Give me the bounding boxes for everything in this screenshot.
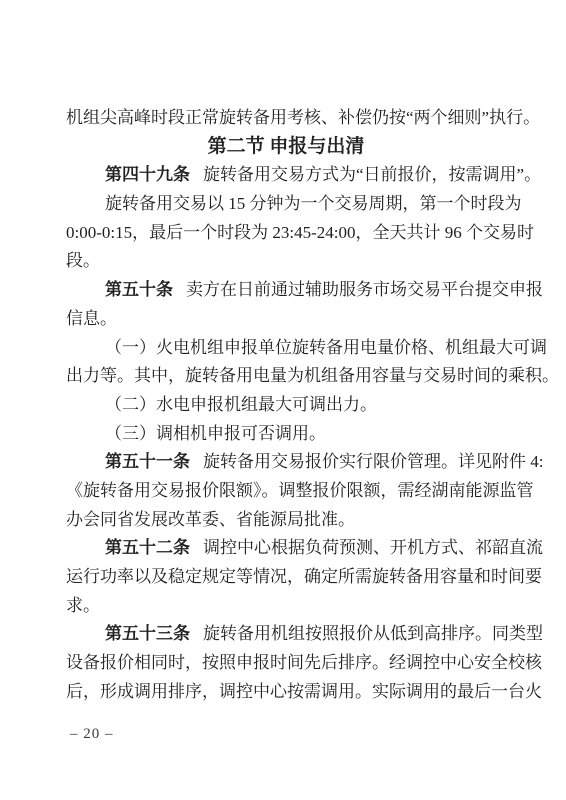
section-heading: 第二节 申报与出清 [66, 133, 506, 162]
text-line: （一）火电机组申报单位旋转备用电量价格、机组最大可调 [66, 334, 506, 363]
text-line: （三）调相机申报可否调用。 [66, 420, 506, 449]
page-number: – 20 – [70, 726, 114, 743]
text-line: （二）水电申报机组最大可调出力。 [66, 391, 506, 420]
article-text: 卖方在日前通过辅助服务市场交易平台提交申报 [186, 280, 543, 299]
text-line: 第五十条卖方在日前通过辅助服务市场交易平台提交申报 [66, 276, 506, 305]
text-line: 求。 [66, 592, 506, 621]
text-line: 第四十九条旋转备用交易方式为“日前报价，按需调用”。 [66, 161, 506, 190]
text-line: 段。 [66, 247, 506, 276]
article-text: 旋转备用交易方式为“日前报价，按需调用”。 [203, 165, 541, 184]
text-line: 信息。 [66, 305, 506, 334]
text-line: 出力等。其中，旋转备用电量为机组备用容量与交易时间的乘积。 [66, 362, 506, 391]
text-line: 设备报价相同时，按照申报时间先后排序。经调控中心安全校核 [66, 649, 506, 678]
text-line: 0:00-0:15，最后一个时段为 23:45-24:00，全天共计 96 个交… [66, 219, 506, 248]
text-line: 办会同省发展改革委、省能源局批准。 [66, 506, 506, 535]
text-line: 旋转备用交易以 15 分钟为一个交易周期，第一个时段为 [66, 190, 506, 219]
text-line: 后，形成调用排序，调控中心按需调用。实际调用的最后一台火 [66, 678, 506, 707]
text-line: 第五十二条调控中心根据负荷预测、开机方式、祁韶直流 [66, 534, 506, 563]
article-number: 第五十一条 [105, 452, 190, 471]
text-line: 运行功率以及稳定规定等情况，确定所需旋转备用容量和时间要 [66, 563, 506, 592]
article-number: 第五十二条 [105, 538, 190, 557]
text-line: 第五十一条旋转备用交易报价实行限价管理。详见附件 4: [66, 448, 506, 477]
text-line: 机组尖高峰时段正常旋转备用考核、补偿仍按“两个细则”执行。 [66, 104, 506, 133]
article-text: 旋转备用机组按照报价从低到高排序。同类型 [203, 624, 543, 643]
document-page: 机组尖高峰时段正常旋转备用考核、补偿仍按“两个细则”执行。 第二节 申报与出清 … [0, 0, 566, 800]
article-number: 第五十条 [105, 280, 173, 299]
text-line: 第五十三条旋转备用机组按照报价从低到高排序。同类型 [66, 620, 506, 649]
article-number: 第五十三条 [105, 624, 190, 643]
article-number: 第四十九条 [105, 165, 190, 184]
article-text: 旋转备用交易报价实行限价管理。详见附件 4: [203, 452, 543, 471]
document-body: 机组尖高峰时段正常旋转备用考核、补偿仍按“两个细则”执行。 第二节 申报与出清 … [66, 104, 506, 706]
text-line: 《旋转备用交易报价限额》。调整报价限额，需经湖南能源监管 [66, 477, 506, 506]
article-text: 调控中心根据负荷预测、开机方式、祁韶直流 [203, 538, 543, 557]
